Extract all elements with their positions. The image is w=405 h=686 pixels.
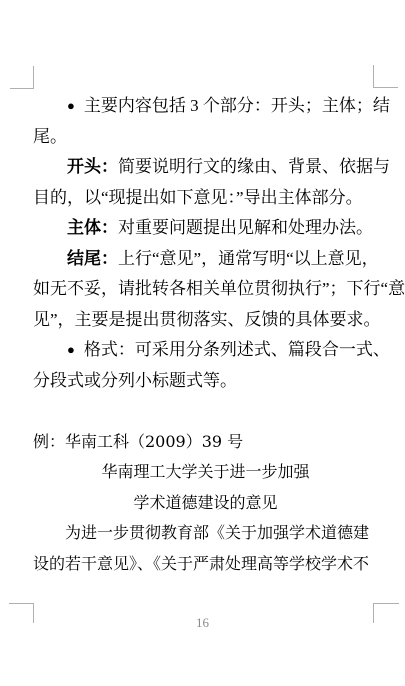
example-text: 学术道德建设的意见: [133, 493, 277, 512]
lead-label: 开头：: [67, 157, 118, 176]
example-paragraph-line: 设的若干意见》、《关于严肃处理高等学校学术不: [33, 549, 378, 580]
blank-line: [33, 396, 378, 427]
body-text: 对重要问题提出见解和处理办法。: [118, 218, 373, 237]
body-text: 格式：可采用分条列述式、篇段合一式、: [84, 340, 390, 359]
example-text: 华南理工大学关于进一步加强: [101, 462, 309, 481]
body-line: 目的，以“现提出如下意见：”导出主体部分。: [33, 183, 378, 214]
lead-paragraph-line: 主体：对重要问题提出见解和处理办法。: [33, 213, 378, 244]
bullet-icon: ●: [67, 98, 75, 113]
lead-paragraph-line: 开头：简要说明行文的缘由、背景、依据与: [33, 152, 378, 183]
example-text: 设的若干意见》、《关于严肃处理高等学校学术不: [33, 554, 369, 573]
body-text: 主要内容包括 3 个部分：开头；主体；结: [84, 96, 390, 115]
text-area: ●主要内容包括 3 个部分：开头；主体；结 尾。 开头：简要说明行文的缘由、背景…: [33, 91, 378, 579]
bullet-paragraph-line: ●格式：可采用分条列述式、篇段合一式、: [33, 335, 378, 366]
body-text: 分段式或分列小标题式等。: [33, 371, 237, 390]
lead-label: 结尾：: [67, 249, 118, 268]
crop-mark-top-right: [373, 65, 398, 88]
lead-paragraph-line: 结尾：上行“意见”，通常写明“以上意见，: [33, 244, 378, 275]
body-text: 上行“意见”，通常写明“以上意见，: [118, 249, 379, 268]
example-text: 为进一步贯彻教育部《关于加强学术道德建: [65, 523, 369, 542]
example-label-line: 例：华南工科（2009）39 号: [33, 427, 378, 458]
body-line: 尾。: [33, 122, 378, 153]
document-page: ●主要内容包括 3 个部分：开头；主体；结 尾。 开头：简要说明行文的缘由、背景…: [0, 0, 405, 686]
body-text: 如无不妥，请批转各相关单位贯彻执行”；下行“意: [33, 279, 405, 298]
example-paragraph-line: 为进一步贯彻教育部《关于加强学术道德建: [33, 518, 378, 549]
lead-label: 主体：: [67, 218, 118, 237]
example-title-line: 华南理工大学关于进一步加强: [33, 457, 378, 488]
body-line: 如无不妥，请批转各相关单位贯彻执行”；下行“意: [33, 274, 378, 305]
example-text: 例：华南工科（2009）39 号: [33, 432, 243, 451]
bullet-icon: ●: [67, 342, 75, 357]
crop-mark-top-left: [10, 66, 34, 89]
body-line: 分段式或分列小标题式等。: [33, 366, 378, 397]
page-number: 16: [0, 614, 405, 632]
body-line: 见”，主要是提出贯彻落实、反馈的具体要求。: [33, 305, 378, 336]
bullet-paragraph-line: ●主要内容包括 3 个部分：开头；主体；结: [33, 91, 378, 122]
body-text: 简要说明行文的缘由、背景、依据与: [118, 157, 390, 176]
body-text: 目的，以“现提出如下意见：”导出主体部分。: [33, 188, 363, 207]
body-text: 见”，主要是提出贯彻落实、反馈的具体要求。: [33, 310, 381, 329]
example-title-line: 学术道德建设的意见: [33, 488, 378, 519]
body-text: 尾。: [33, 127, 67, 146]
